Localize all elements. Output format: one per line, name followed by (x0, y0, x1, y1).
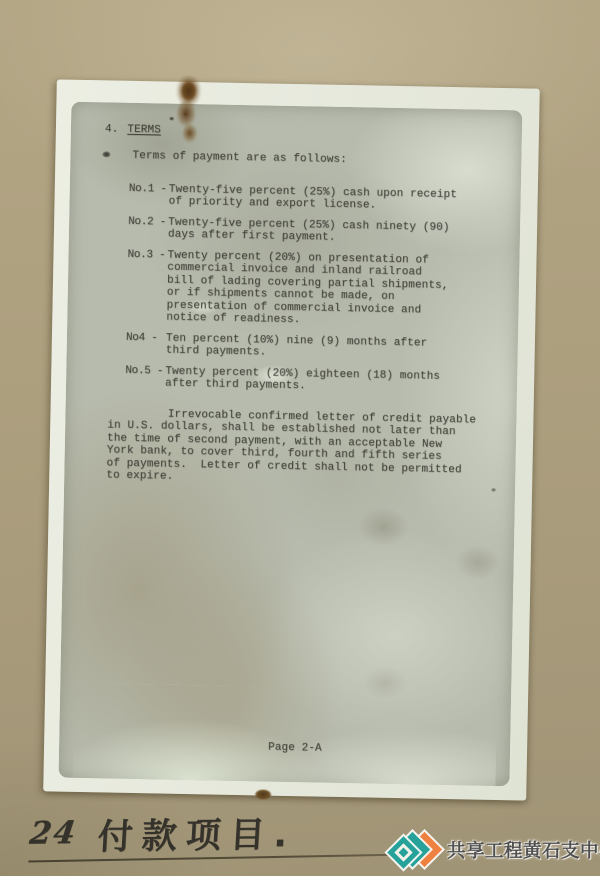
annotation-text: 付款项目. (96, 807, 297, 860)
diamonds-logo-icon (390, 829, 444, 871)
ink-speck (491, 488, 496, 492)
item-text: Twenty-five percent (25%) cash upon rece… (168, 183, 502, 214)
section-heading: 4.TERMS (105, 118, 504, 144)
section-title: TERMS (127, 124, 161, 137)
payment-terms-list: No.1 - Twenty-five percent (25%) cash up… (100, 182, 503, 397)
annotation-number: 24 (28, 815, 80, 852)
item-label: No.1 - (129, 182, 167, 195)
closing-paragraph: Irrevocable confirmed letter of credit p… (106, 407, 498, 489)
rust-stain (170, 76, 207, 145)
list-item: No.2 - Twenty-five percent (25%) cash ni… (128, 215, 502, 247)
ink-speck (102, 151, 110, 157)
item-text: Twenty percent (20%) on presentation of … (166, 249, 501, 330)
item-text: Twenty-five percent (25%) cash ninety (9… (168, 216, 502, 247)
watermark: 共享工程黄石支中心 (390, 829, 600, 871)
page-number: Page 2-A (268, 741, 492, 758)
list-item: No.5 - Twenty percent (20%) eighteen (18… (125, 364, 499, 396)
item-label: No.2 - (128, 215, 166, 228)
stain-speck (255, 789, 271, 799)
intro-line: Terms of payment are as follows: (132, 150, 503, 170)
list-item: No.3 - Twenty percent (20%) on presentat… (126, 248, 501, 330)
list-item: No.1 - Twenty-five percent (25%) cash up… (128, 182, 502, 214)
list-item: No4 - Ten percent (10%) nine (9) months … (126, 331, 500, 363)
document-page-surface: 4.TERMS Terms of payment are as follows:… (58, 102, 522, 787)
watermark-text: 共享工程黄石支中心 (447, 837, 600, 863)
document-photo: 4.TERMS Terms of payment are as follows:… (43, 79, 540, 800)
item-label: No4 - (126, 331, 164, 344)
item-label: No.5 - (125, 364, 163, 377)
typed-content: 4.TERMS Terms of payment are as follows:… (59, 102, 522, 759)
item-text: Twenty percent (20%) eighteen (18) month… (165, 365, 499, 396)
item-text: Ten percent (10%) nine (9) months after … (166, 332, 500, 363)
item-label: No.3 - (127, 248, 165, 261)
section-number: 4. (105, 123, 119, 135)
handwritten-annotation: 24 付款项目. (30, 805, 411, 868)
